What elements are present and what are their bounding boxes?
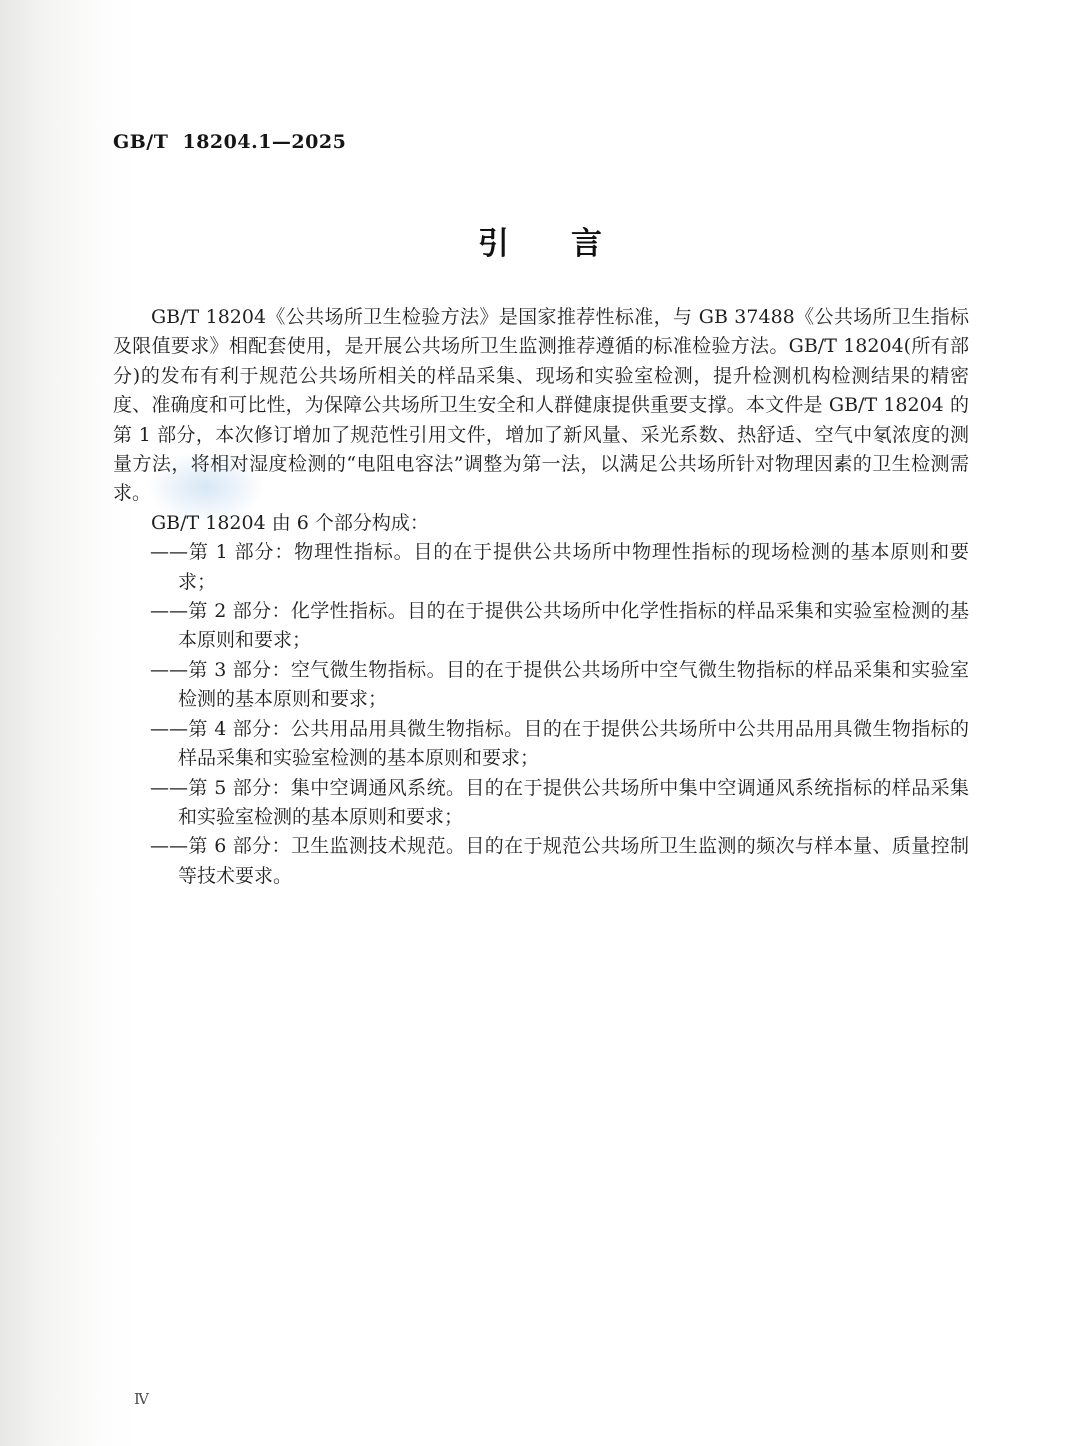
introduction-body: GB/T 18204《公共场所卫生检验方法》是国家推荐性标准，与 GB 3748… — [113, 303, 969, 891]
list-item-part-5: ——第 5 部分：集中空调通风系统。目的在于提供公共场所中集中空调通风系统指标的… — [113, 774, 969, 833]
list-item-part-6: ——第 6 部分：卫生监测技术规范。目的在于规范公共场所卫生监测的频次与样本量、… — [113, 832, 969, 891]
list-item-part-4: ——第 4 部分：公共用品用具微生物指标。目的在于提供公共场所中公共用品用具微生… — [113, 715, 969, 774]
list-item-part-1: ——第 1 部分：物理性指标。目的在于提供公共场所中物理性指标的现场检测的基本原… — [113, 538, 969, 597]
list-item-part-2: ——第 2 部分：化学性指标。目的在于提供公共场所中化学性指标的样品采集和实验室… — [113, 597, 969, 656]
standard-number-header: GB/T 18204.1—2025 — [113, 131, 346, 153]
intro-paragraph-1: GB/T 18204《公共场所卫生检验方法》是国家推荐性标准，与 GB 3748… — [113, 303, 969, 509]
page-title: 引 言 — [0, 218, 1080, 263]
page-number: Ⅳ — [134, 1390, 149, 1408]
list-item-part-3: ——第 3 部分：空气微生物指标。目的在于提供公共场所中空气微生物指标的样品采集… — [113, 656, 969, 715]
document-page: GB/T 18204.1—2025 引 言 GB/T 18204《公共场所卫生检… — [0, 0, 1080, 1446]
intro-paragraph-2: GB/T 18204 由 6 个部分构成： — [113, 509, 969, 538]
